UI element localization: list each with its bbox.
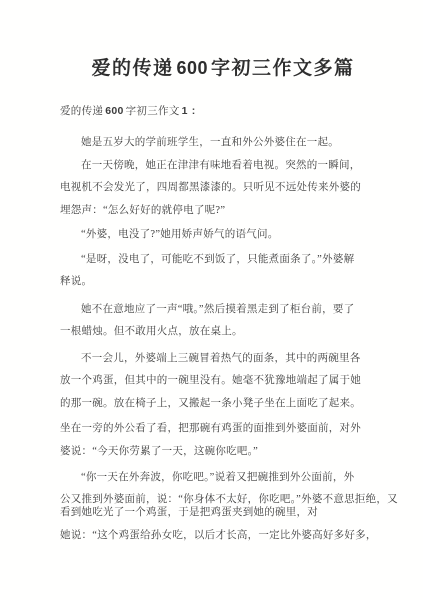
section-heading-prefix: 爱的传递 — [60, 106, 103, 117]
text-line: 埋怨声：“怎么好好的就停电了呢?” — [60, 200, 363, 223]
text-line: 的那一碗。放在椅子上，又搬起一条小凳子坐在上面吃了起来。 — [60, 393, 363, 416]
section-heading-middle: 字初三作文 — [126, 106, 180, 117]
title-text-suffix: 字初三作文多篇 — [211, 58, 355, 79]
text-line: “外婆，电没了?”她用娇声娇气的语气问。 — [60, 224, 363, 247]
text-line: 释说。 — [60, 271, 363, 294]
text-line: 公又推到外婆面前，说：“你身体不太好，你吃吧。”外婆不意思拒绝，又 — [60, 493, 363, 506]
section-heading: 爱的传递600字初三作文1: — [60, 103, 198, 118]
text-line: 不一会儿，外婆端上三碗冒着热气的面条，其中的两碗里各 — [60, 348, 363, 371]
title-number: 600 — [176, 58, 208, 78]
text-line: 一根蜡烛。但不敢用火点，放在桌上。 — [60, 321, 363, 344]
document-title: 爱的传递600字初三作文多篇 — [50, 53, 396, 80]
title-text-prefix: 爱的传递 — [91, 58, 173, 79]
text-line: 她是五岁大的学前班学生，一直和外公外婆住在一起。 — [60, 132, 363, 155]
text-line: 婆说：“今天你劳累了一天，这碗你吃吧。” — [60, 441, 363, 464]
text-line: 放一个鸡蛋，但其中的一碗里没有。她毫不犹豫地端起了属于她 — [60, 370, 363, 393]
text-line: 看到她吃光了一个鸡蛋，于是把鸡蛋夹到她的碗里，对 — [60, 506, 363, 519]
text-line: 在一天傍晚，她正在津津有味地看着电视。突然的一瞬间， — [60, 155, 363, 178]
text-line: “是呀，没电了，可能吃不到饭了，只能煮面条了。”外婆解 — [60, 249, 363, 272]
document-body: 她是五岁大的学前班学生，一直和外公外婆住在一起。 在一天傍晚，她正在津津有味地看… — [60, 132, 363, 547]
text-line: “你一天在外奔波，你吃吧。”说着又把碗推到外公面前，外 — [60, 467, 363, 490]
section-heading-number: 600 — [105, 105, 123, 117]
text-line: 电视机不会发光了，四周都黑漆漆的。只听见不远处传来外婆的 — [60, 177, 363, 200]
document-page: 爱的传递600字初三作文多篇 爱的传递600字初三作文1: 她是五岁大的学前班学… — [0, 0, 423, 600]
text-line: 坐在一旁的外公看了看，把那碗有鸡蛋的面推到外婆面前，对外 — [60, 418, 363, 441]
section-heading-index: 1 — [182, 105, 188, 117]
section-heading-colon: : — [192, 105, 196, 117]
text-line: 她不在意地应了一声“哦。”然后摸着黑走到了柜台前，要了 — [60, 299, 363, 322]
text-line: 她说：“这个鸡蛋给孙女吃，以后才长高，一定比外婆高好多好多， — [60, 525, 363, 548]
